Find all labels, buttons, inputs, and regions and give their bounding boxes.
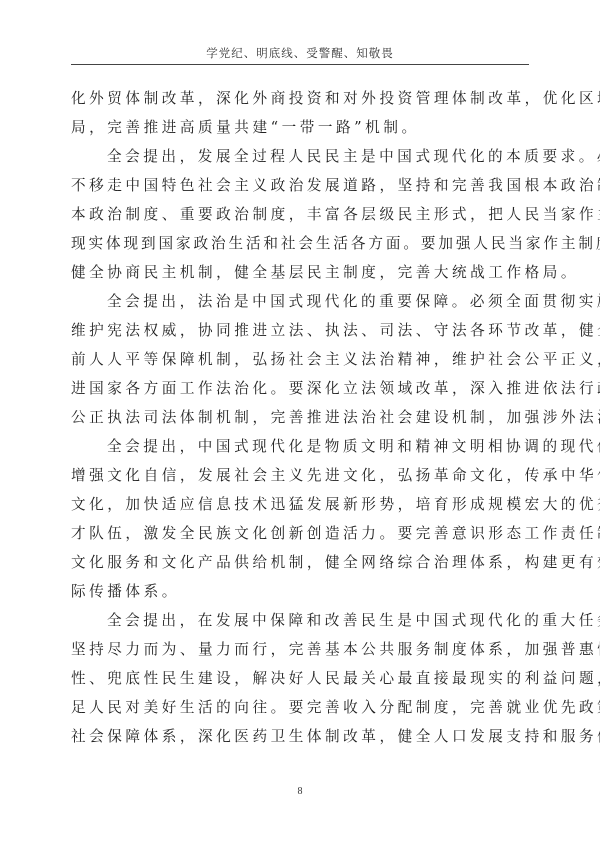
page-number: 8 bbox=[0, 786, 600, 797]
running-header: 学党纪、明底线、受警醒、知敬畏 bbox=[0, 45, 600, 61]
text-line: 文化服务和文化产品供给机制，健全网络综合治理体系，构建更有效力的国 bbox=[71, 548, 533, 577]
text-line: 现实体现到国家政治生活和社会生活各方面。要加强人民当家作主制度建设， bbox=[71, 229, 533, 258]
text-line: 文化，加快适应信息技术迅猛发展新形势，培育形成规模宏大的优秀文化人 bbox=[71, 490, 533, 519]
text-line: 前人人平等保障机制，弘扬社会主义法治精神，维护社会公平正义，全面推 bbox=[71, 345, 533, 374]
text-line: 足人民对美好生活的向往。要完善收入分配制度，完善就业优先政策，健全 bbox=[71, 693, 533, 722]
document-body: 化外贸体制改革，深化外商投资和对外投资管理体制改革，优化区域开放布 局，完善推进… bbox=[71, 84, 533, 751]
text-line: 才队伍，激发全民族文化创新创造活力。要完善意识形态工作责任制，优化 bbox=[71, 519, 533, 548]
text-line: 进国家各方面工作法治化。要深化立法领域改革，深入推进依法行政，健全 bbox=[71, 374, 533, 403]
text-line: 社会保障体系，深化医药卫生体制改革，健全人口发展支持和服务体系。 bbox=[71, 722, 533, 751]
text-line: 性、兜底性民生建设，解决好人民最关心最直接最现实的利益问题，不断满 bbox=[71, 664, 533, 693]
text-line: 公正执法司法体制机制，完善推进法治社会建设机制，加强涉外法治建设。 bbox=[71, 403, 533, 432]
paragraph-start-line: 全会提出，在发展中保障和改善民生是中国式现代化的重大任务。必须 bbox=[71, 606, 533, 635]
paragraph-start-line: 全会提出，中国式现代化是物质文明和精神文明相协调的现代化。必须 bbox=[71, 432, 533, 461]
text-line: 局，完善推进高质量共建“一带一路”机制。 bbox=[71, 113, 533, 142]
paragraph-start-line: 全会提出，发展全过程人民民主是中国式现代化的本质要求。必须坚定 bbox=[71, 142, 533, 171]
text-line: 增强文化自信，发展社会主义先进文化，弘扬革命文化，传承中华优秀传统 bbox=[71, 461, 533, 490]
text-line: 维护宪法权威，协同推进立法、执法、司法、守法各环节改革，健全法律面 bbox=[71, 316, 533, 345]
paragraph-start-line: 全会提出，法治是中国式现代化的重要保障。必须全面贯彻实施宪法， bbox=[71, 287, 533, 316]
text-line: 不移走中国特色社会主义政治发展道路，坚持和完善我国根本政治制度、基 bbox=[71, 171, 533, 200]
text-line: 化外贸体制改革，深化外商投资和对外投资管理体制改革，优化区域开放布 bbox=[71, 84, 533, 113]
text-line: 际传播体系。 bbox=[71, 577, 533, 606]
header-rule bbox=[71, 64, 529, 65]
text-line: 本政治制度、重要政治制度，丰富各层级民主形式，把人民当家作主具体、 bbox=[71, 200, 533, 229]
document-page: 学党纪、明底线、受警醒、知敬畏 化外贸体制改革，深化外商投资和对外投资管理体制改… bbox=[0, 0, 600, 848]
text-line: 健全协商民主机制，健全基层民主制度，完善大统战工作格局。 bbox=[71, 258, 533, 287]
text-line: 坚持尽力而为、量力而行，完善基本公共服务制度体系，加强普惠性、基础 bbox=[71, 635, 533, 664]
